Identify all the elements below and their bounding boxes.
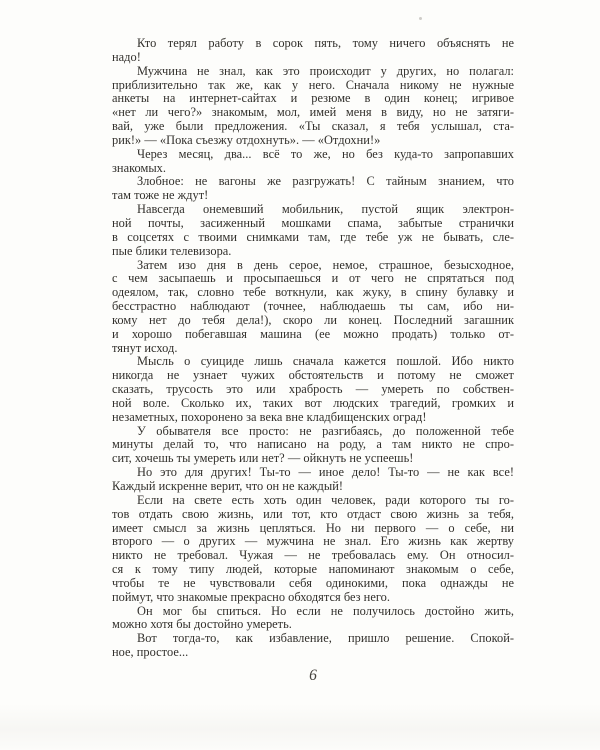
- text-line: Навсегда онемевший мобильник, пустой ящи…: [112, 203, 514, 217]
- text-line: бесстрастно наблюдают (точнее, наблюдаеш…: [112, 300, 514, 314]
- text-line: Злобное: не вагоны же разгружать! С тайн…: [112, 175, 514, 189]
- text-line: «нет ли чего?» знакомым, мол, имей меня …: [112, 106, 514, 120]
- paragraph: Кто терял работу в сорок пять, тому ниче…: [112, 37, 514, 65]
- paragraph: Вот тогда-то, как избавление, пришло реш…: [112, 632, 514, 660]
- text-line: рик!» — «Пока съезжу отдохнуть». — «Отдо…: [112, 134, 514, 148]
- text-line: ной воле. Сколько их, таких вот людских …: [112, 397, 514, 411]
- text-line: Мысль о суициде лишь сначала кажется пош…: [112, 355, 514, 369]
- paragraph: Если на свете есть хоть один человек, ра…: [112, 494, 514, 605]
- text-line: там тоже не ждут!: [112, 189, 514, 203]
- text-line: У обывателя все просто: не разгибаясь, д…: [112, 425, 514, 439]
- text-line: Затем изо дня в день серое, немое, страш…: [112, 259, 514, 273]
- text-line: незаметных, похоронено за века вне кладб…: [112, 411, 514, 425]
- text-line: надо!: [112, 51, 514, 65]
- page-number: 6: [112, 666, 514, 686]
- text-line: Вот тогда-то, как избавление, пришло реш…: [112, 632, 514, 646]
- paragraph: Но это для других! Ты-то — иное дело! Ты…: [112, 466, 514, 494]
- text-line: чтобы те не чувствовали себя одинокими, …: [112, 577, 514, 591]
- text-line: анкеты на интернет-сайтах и резюме в оди…: [112, 92, 514, 106]
- text-line: минуты делай то, что написано на роду, а…: [112, 438, 514, 452]
- text-line: второго — о других — мужчина не знал. Ег…: [112, 535, 514, 549]
- paragraph: Через месяц, два... всё то же, но без ку…: [112, 148, 514, 176]
- text-line: вай, уже были предложения. «Ты сказал, я…: [112, 120, 514, 134]
- text-line: Если на свете есть хоть один человек, ра…: [112, 494, 514, 508]
- text-line: в соцсетях с твоими снимками там, где те…: [112, 231, 514, 245]
- paragraph: Затем изо дня в день серое, немое, страш…: [112, 259, 514, 356]
- text-line: знакомых.: [112, 162, 514, 176]
- text-line: можно хотя бы достойно умереть.: [112, 618, 514, 632]
- paragraph: Злобное: не вагоны же разгружать! С тайн…: [112, 175, 514, 203]
- text-line: имеет смысл за жизнь цепляться. Но ни пе…: [112, 522, 514, 536]
- paragraph: Мысль о суициде лишь сначала кажется пош…: [112, 355, 514, 424]
- text-line: тянут исход.: [112, 342, 514, 356]
- text-line: Через месяц, два... всё то же, но без ку…: [112, 148, 514, 162]
- text-line: приблизительно так же, как у него. Снача…: [112, 79, 514, 93]
- text-line: ное, простое...: [112, 646, 514, 660]
- text-line: Кто терял работу в сорок пять, тому ниче…: [112, 37, 514, 51]
- text-line: сказать, трусость это или храбрость — ум…: [112, 383, 514, 397]
- text-line: никогда не узнает чужих обстоятельств и …: [112, 369, 514, 383]
- text-line: ной почты, засиженный мошками спама, заб…: [112, 217, 514, 231]
- text-line: Мужчина не знал, как это происходит у др…: [112, 65, 514, 79]
- paragraph: Мужчина не знал, как это происходит у др…: [112, 65, 514, 148]
- paragraph: Он мог бы спиться. Но если не получилось…: [112, 605, 514, 633]
- body-text: Кто терял работу в сорок пять, тому ниче…: [112, 37, 514, 660]
- paragraph: У обывателя все просто: не разгибаясь, д…: [112, 425, 514, 467]
- scan-speck-artifact: [419, 17, 422, 20]
- text-line: одеялом, так, словно тебе воткнули, как …: [112, 286, 514, 300]
- text-line: и хорошо побегавшая машина (ее можно про…: [112, 328, 514, 342]
- text-line: пые блики телевизора.: [112, 245, 514, 259]
- text-line: сит, хочешь ты умереть или нет? — ойкнут…: [112, 452, 514, 466]
- text-line: кому нет до тебя дела!), скоро ли конец.…: [112, 314, 514, 328]
- text-line: ся к тому типу людей, которые напоминают…: [112, 563, 514, 577]
- text-line: Каждый искренне верит, что он не каждый!: [112, 480, 514, 494]
- text-line: поймут, что знакомые прекрасно обходятся…: [112, 591, 514, 605]
- text-line: никто не требовал. Чужая — не требовалас…: [112, 549, 514, 563]
- book-page: Кто терял работу в сорок пять, тому ниче…: [0, 0, 600, 750]
- text-line: с чем засыпаешь и просыпаешься и от чего…: [112, 272, 514, 286]
- text-line: тов отдать свою жизнь, или тот, кто отда…: [112, 508, 514, 522]
- paragraph: Навсегда онемевший мобильник, пустой ящи…: [112, 203, 514, 258]
- text-line: Он мог бы спиться. Но если не получилось…: [112, 605, 514, 619]
- text-line: Но это для других! Ты-то — иное дело! Ты…: [112, 466, 514, 480]
